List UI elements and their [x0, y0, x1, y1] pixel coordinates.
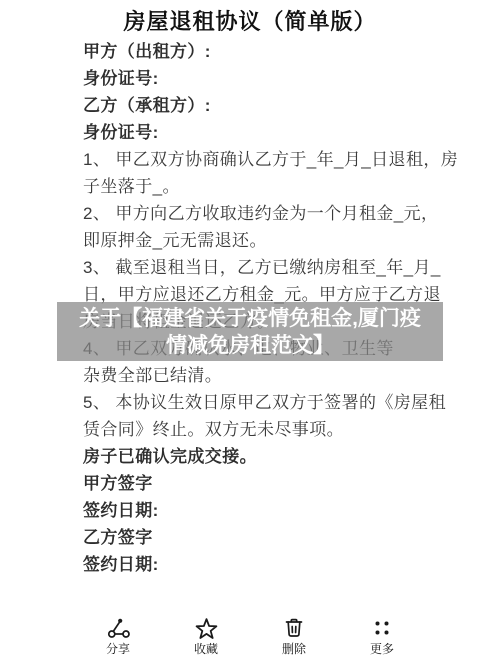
document-line-clause1b: 子坐落于_。	[83, 173, 460, 200]
document-line-clause4b: 杂费全部已结清。	[83, 362, 460, 389]
more-dots-icon	[370, 615, 394, 641]
more-label: 更多	[370, 642, 394, 656]
document-line-clause3a: 3、 截至退租当日，乙方已缴纳房租至_年_月_	[83, 254, 460, 281]
share-button[interactable]: 分享	[94, 613, 142, 659]
document-page: 房屋退租协议（简单版） 甲方（出租方）: 身份证号: 乙方（承租方）: 身份证号…	[0, 0, 500, 578]
document-line-clause5b: 赁合同》终止。双方无未尽事项。	[83, 416, 460, 443]
share-label: 分享	[106, 642, 130, 656]
document-line-sign-b: 乙方签字	[83, 524, 460, 551]
document-line-clause1a: 1、 甲乙双方协商确认乙方于_年_月_日退租，房	[83, 146, 460, 173]
favorite-label: 收藏	[194, 642, 218, 656]
star-icon	[194, 615, 219, 641]
caption-overlay: 关于【福建省关于疫情免租金,厦门疫 情减免房租范文】	[57, 302, 443, 361]
caption-line-2: 情减免房租范文】	[166, 332, 334, 359]
bottom-toolbar: 分享 收藏 删除	[0, 613, 500, 659]
document-line-clause2a: 2、 甲方向乙方收取违约金为一个月租金_元，	[83, 200, 460, 227]
document-line-clause5a: 5、 本协议生效日原甲乙双方于签署的《房屋租	[83, 389, 460, 416]
document-line-sign-date-a: 签约日期:	[83, 497, 460, 524]
delete-button[interactable]: 删除	[270, 613, 318, 659]
document-line-id-a: 身份证号:	[83, 65, 460, 92]
document-line-clause2b: 即原押金_元无需退还。	[83, 227, 460, 254]
more-button[interactable]: 更多	[358, 613, 406, 659]
favorite-button[interactable]: 收藏	[182, 613, 230, 659]
document-title: 房屋退租协议（简单版）	[0, 0, 500, 38]
share-icon	[106, 615, 130, 641]
trash-icon	[282, 615, 306, 641]
document-line-sign-a: 甲方签字	[83, 470, 460, 497]
caption-line-1: 关于【福建省关于疫情免租金,厦门疫	[79, 305, 421, 332]
document-line-handover: 房子已确认完成交接。	[83, 443, 460, 470]
document-line-party-b: 乙方（承租方）:	[83, 92, 460, 119]
document-line-party-a: 甲方（出租方）:	[83, 38, 460, 65]
document-line-sign-date-b: 签约日期:	[83, 551, 460, 578]
delete-label: 删除	[282, 642, 306, 656]
document-line-id-b: 身份证号:	[83, 119, 460, 146]
